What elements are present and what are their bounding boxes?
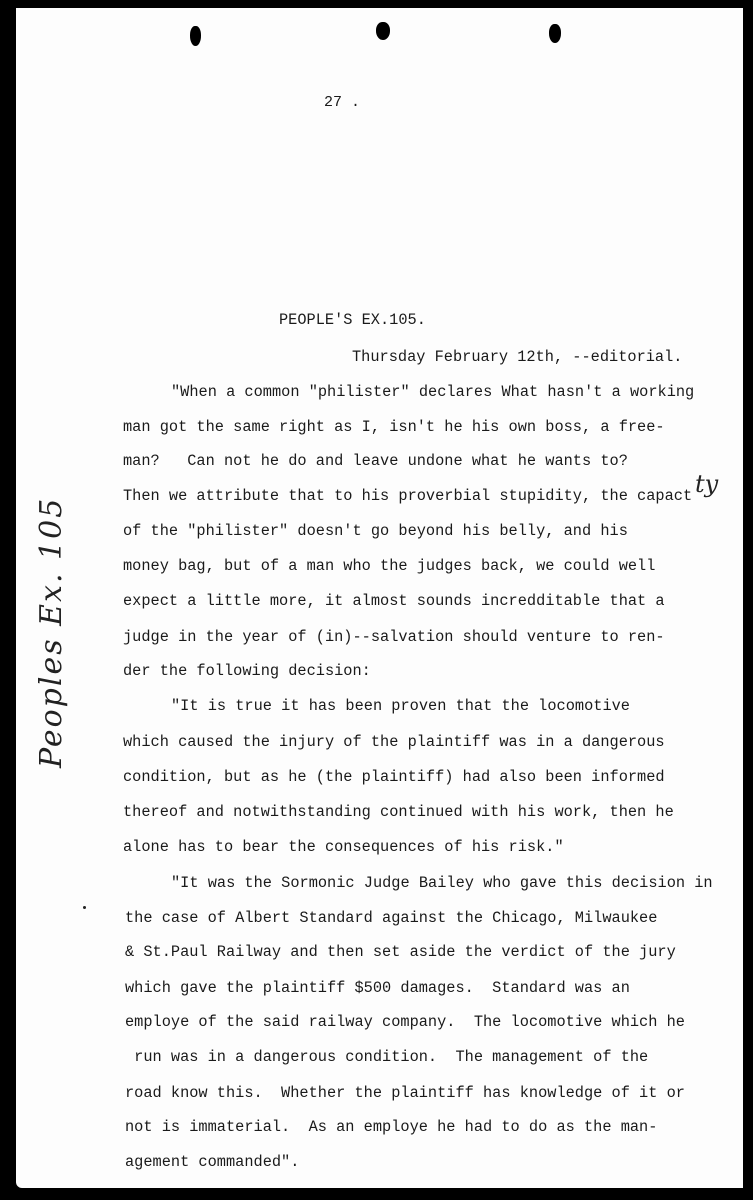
text-line: man got the same right as I, isn't he hi… [123, 418, 665, 436]
text-line: & St.Paul Railway and then set aside the… [125, 943, 676, 961]
exhibit-title: PEOPLE'S EX.105. [279, 311, 426, 329]
text-line: of the "philister" doesn't go beyond his… [123, 522, 628, 540]
text-line: man? Can not he do and leave undone what… [123, 452, 628, 470]
text-line: "It is true it has been proven that the … [171, 697, 630, 715]
handwritten-margin-note: Peoples Ex. 105 [34, 497, 69, 768]
text-line: alone has to bear the consequences of hi… [123, 838, 564, 856]
text-line: not is immaterial. As an employe he had … [125, 1118, 657, 1136]
text-line: Then we attribute that to his proverbial… [123, 487, 692, 505]
text-line: expect a little more, it almost sounds i… [123, 592, 665, 610]
page-number: 27 . [324, 94, 360, 112]
text-line: condition, but as he (the plaintiff) had… [123, 768, 665, 786]
handwritten-correction: ty [695, 470, 718, 498]
text-line: the case of Albert Standard against the … [125, 909, 657, 927]
text-line: judge in the year of (in)--salvation sho… [123, 628, 665, 646]
punch-hole-left [190, 26, 201, 46]
text-line: run was in a dangerous condition. The ma… [125, 1048, 648, 1066]
text-line: money bag, but of a man who the judges b… [123, 557, 655, 575]
text-line: agement commanded". [125, 1153, 299, 1171]
text-line: thereof and notwithstanding continued wi… [123, 803, 674, 821]
text-line: road know this. Whether the plaintiff ha… [125, 1084, 685, 1102]
text-line: employe of the said railway company. The… [125, 1013, 685, 1031]
stray-mark [83, 906, 86, 909]
text-line: "It was the Sormonic Judge Bailey who ga… [171, 874, 713, 892]
text-line: der the following decision: [123, 662, 371, 680]
document-page: 27 . PEOPLE'S EX.105. Thursday February … [16, 8, 743, 1188]
punch-hole-center [376, 22, 390, 40]
text-line: "When a common "philister" declares What… [171, 383, 694, 401]
punch-hole-right [549, 24, 561, 43]
dateline: Thursday February 12th, --editorial. [352, 348, 682, 366]
text-line: which caused the injury of the plaintiff… [123, 733, 665, 751]
text-line: which gave the plaintiff $500 damages. S… [125, 979, 630, 997]
